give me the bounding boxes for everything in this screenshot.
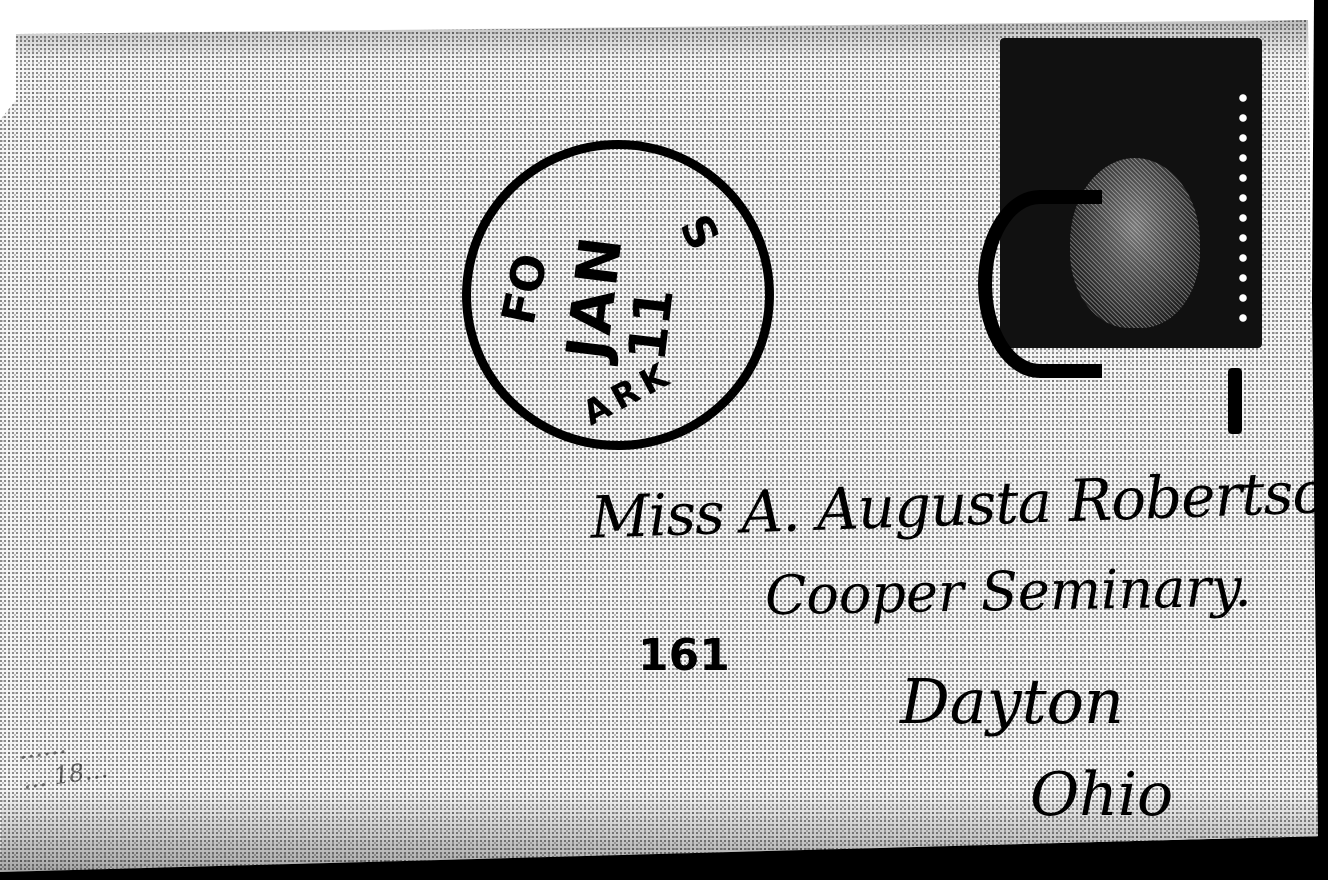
stamp-cancel-mark xyxy=(978,190,1102,378)
address-city: Dayton xyxy=(900,665,1124,738)
address-state: Ohio xyxy=(1030,760,1173,830)
postmark-state: ARK xyxy=(576,353,680,434)
catalog-number: 161 xyxy=(638,630,730,681)
ink-blot xyxy=(1228,368,1242,434)
stamp-perforations xyxy=(1238,88,1248,328)
postmark-town-left: FO xyxy=(491,249,558,329)
docket-note: …… … 18… xyxy=(16,724,110,795)
address-line-2: Cooper Seminary. xyxy=(764,556,1252,627)
postmark-day: 11 xyxy=(617,285,685,364)
postmark-town-right: S xyxy=(669,207,729,259)
